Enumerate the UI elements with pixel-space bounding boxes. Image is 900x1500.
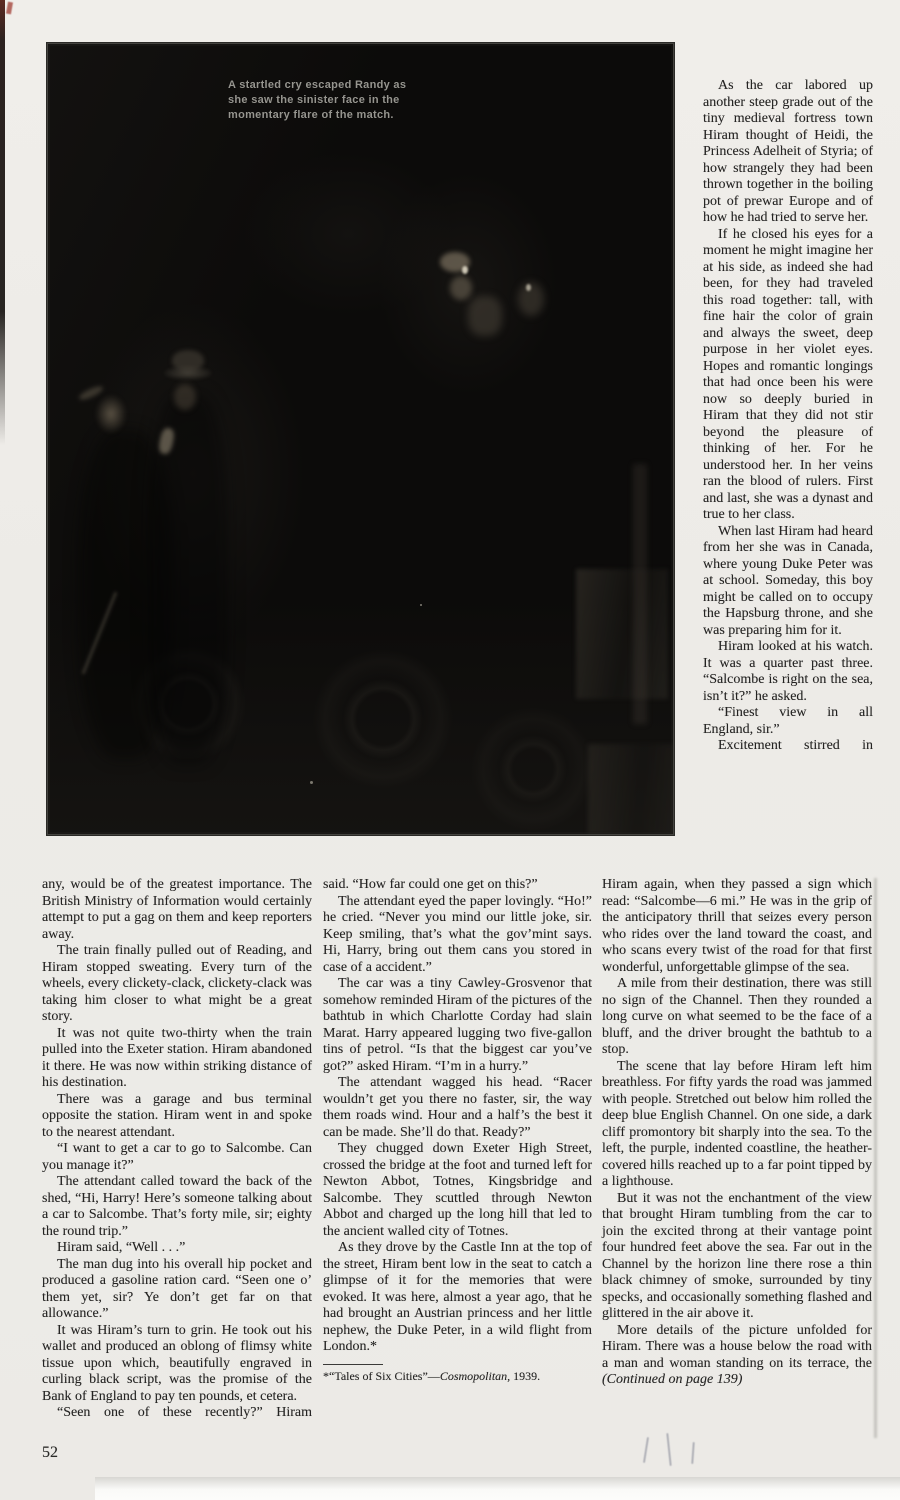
- paragraph: They chugged down Exeter High Street, cr…: [323, 1141, 592, 1240]
- paragraph: If he closed his eyes for a moment he mi…: [703, 227, 873, 524]
- magazine-page: A startled cry escaped Randy as she saw …: [0, 0, 900, 1500]
- secondary-highlight: [518, 282, 544, 316]
- paragraph: More details of the picture unfolded for…: [602, 1323, 872, 1389]
- pencil-mark: [691, 1442, 695, 1464]
- column-lower-left: any, would be of the greatest importance…: [42, 877, 312, 1422]
- paragraph: When last Hiram had heard from her she w…: [703, 524, 873, 640]
- paragraph: The man dug into his overall hip pocket …: [42, 1257, 312, 1323]
- footnote-rule: [323, 1364, 383, 1365]
- background-pillar: [633, 464, 647, 724]
- footnote-source: Cosmopolitan,: [440, 1369, 510, 1383]
- footnote-year: 1939.: [510, 1369, 540, 1383]
- footnote-text: *“Tales of Six Cities”—: [323, 1369, 440, 1383]
- paragraph: said. “How far could one get on this?”: [323, 877, 592, 894]
- column-lower-right: Hiram again, when they passed a sign whi…: [602, 877, 872, 1389]
- pencil-mark: [666, 1433, 671, 1466]
- page-number: 52: [42, 1444, 58, 1462]
- paragraph: As they drove by the Castle Inn at the t…: [323, 1240, 592, 1356]
- match-flare-glint: [462, 266, 468, 274]
- dust-speck: [310, 781, 313, 784]
- paragraph: “Seen one of these recently?” Hiram: [42, 1405, 312, 1422]
- paragraph: As the car labored up another steep grad…: [703, 78, 873, 227]
- paragraph: any, would be of the greatest importance…: [42, 877, 312, 943]
- red-edge-mark: [6, 2, 13, 15]
- pencil-mark: [643, 1437, 649, 1463]
- paragraph: A mile from their destination, there was…: [602, 976, 872, 1059]
- column-lower-middle: said. “How far could one get on this?” T…: [323, 877, 592, 1383]
- story-illustration: A startled cry escaped Randy as she saw …: [47, 43, 674, 835]
- paragraph: “Finest view in all England, sir.”: [703, 705, 873, 738]
- paragraph: The attendant eyed the paper lovingly. “…: [323, 894, 592, 977]
- paragraph: The train finally pulled out of Reading,…: [42, 943, 312, 1026]
- gutter-smudge: [874, 878, 877, 1438]
- sinister-face-cheek-highlight: [450, 276, 472, 300]
- center-figure-face: [174, 384, 196, 410]
- paragraph: Excitement stirred in: [703, 738, 873, 755]
- caption-line: momentary flare of the match.: [228, 108, 448, 123]
- paragraph: The attendant called toward the back of …: [42, 1174, 312, 1240]
- continued-notice: (Continued on page 139): [602, 1372, 742, 1387]
- caption-line: she saw the sinister face in the: [228, 93, 448, 108]
- page-edge-shadow: [0, 0, 5, 445]
- paragraph: But it was not the enchantment of the vi…: [602, 1191, 872, 1323]
- paragraph: The car was a tiny Cawley-Grosvenor that…: [323, 976, 592, 1075]
- paragraph: Hiram looked at his watch. It was a quar…: [703, 639, 873, 705]
- paragraph: There was a garage and bus terminal oppo…: [42, 1092, 312, 1142]
- paragraph: It was not quite two-thirty when the tra…: [42, 1026, 312, 1092]
- secondary-glint-dot: [526, 284, 531, 291]
- paragraph: It was Hiram’s turn to grin. He took out…: [42, 1323, 312, 1406]
- paragraph: “I want to get a car to go to Salcombe. …: [42, 1141, 312, 1174]
- column-upper-right: As the car labored up another steep grad…: [703, 78, 873, 755]
- dust-speck: [420, 604, 422, 606]
- footnote: *“Tales of Six Cities”—Cosmopolitan, 193…: [323, 1369, 592, 1383]
- caption-line: A startled cry escaped Randy as: [228, 78, 448, 93]
- illustration-caption: A startled cry escaped Randy as she saw …: [228, 78, 448, 123]
- background-crate-upper: [576, 569, 668, 699]
- paragraph: The scene that lay before Hiram left him…: [602, 1059, 872, 1191]
- paragraph: Hiram again, when they passed a sign whi…: [602, 877, 872, 976]
- paragraph-text: More details of the picture unfolded for…: [602, 1323, 872, 1371]
- paragraph: The attendant wagged his head. “Racer wo…: [323, 1075, 592, 1141]
- background-crate-lower: [588, 744, 674, 834]
- scan-bottom-strip: [95, 1477, 900, 1500]
- left-figure-face-highlight: [95, 394, 127, 434]
- paragraph: Hiram said, “Well . . .”: [42, 1240, 312, 1257]
- fedora-hat-crown: [172, 350, 204, 370]
- sinister-figure-scarf: [468, 296, 502, 336]
